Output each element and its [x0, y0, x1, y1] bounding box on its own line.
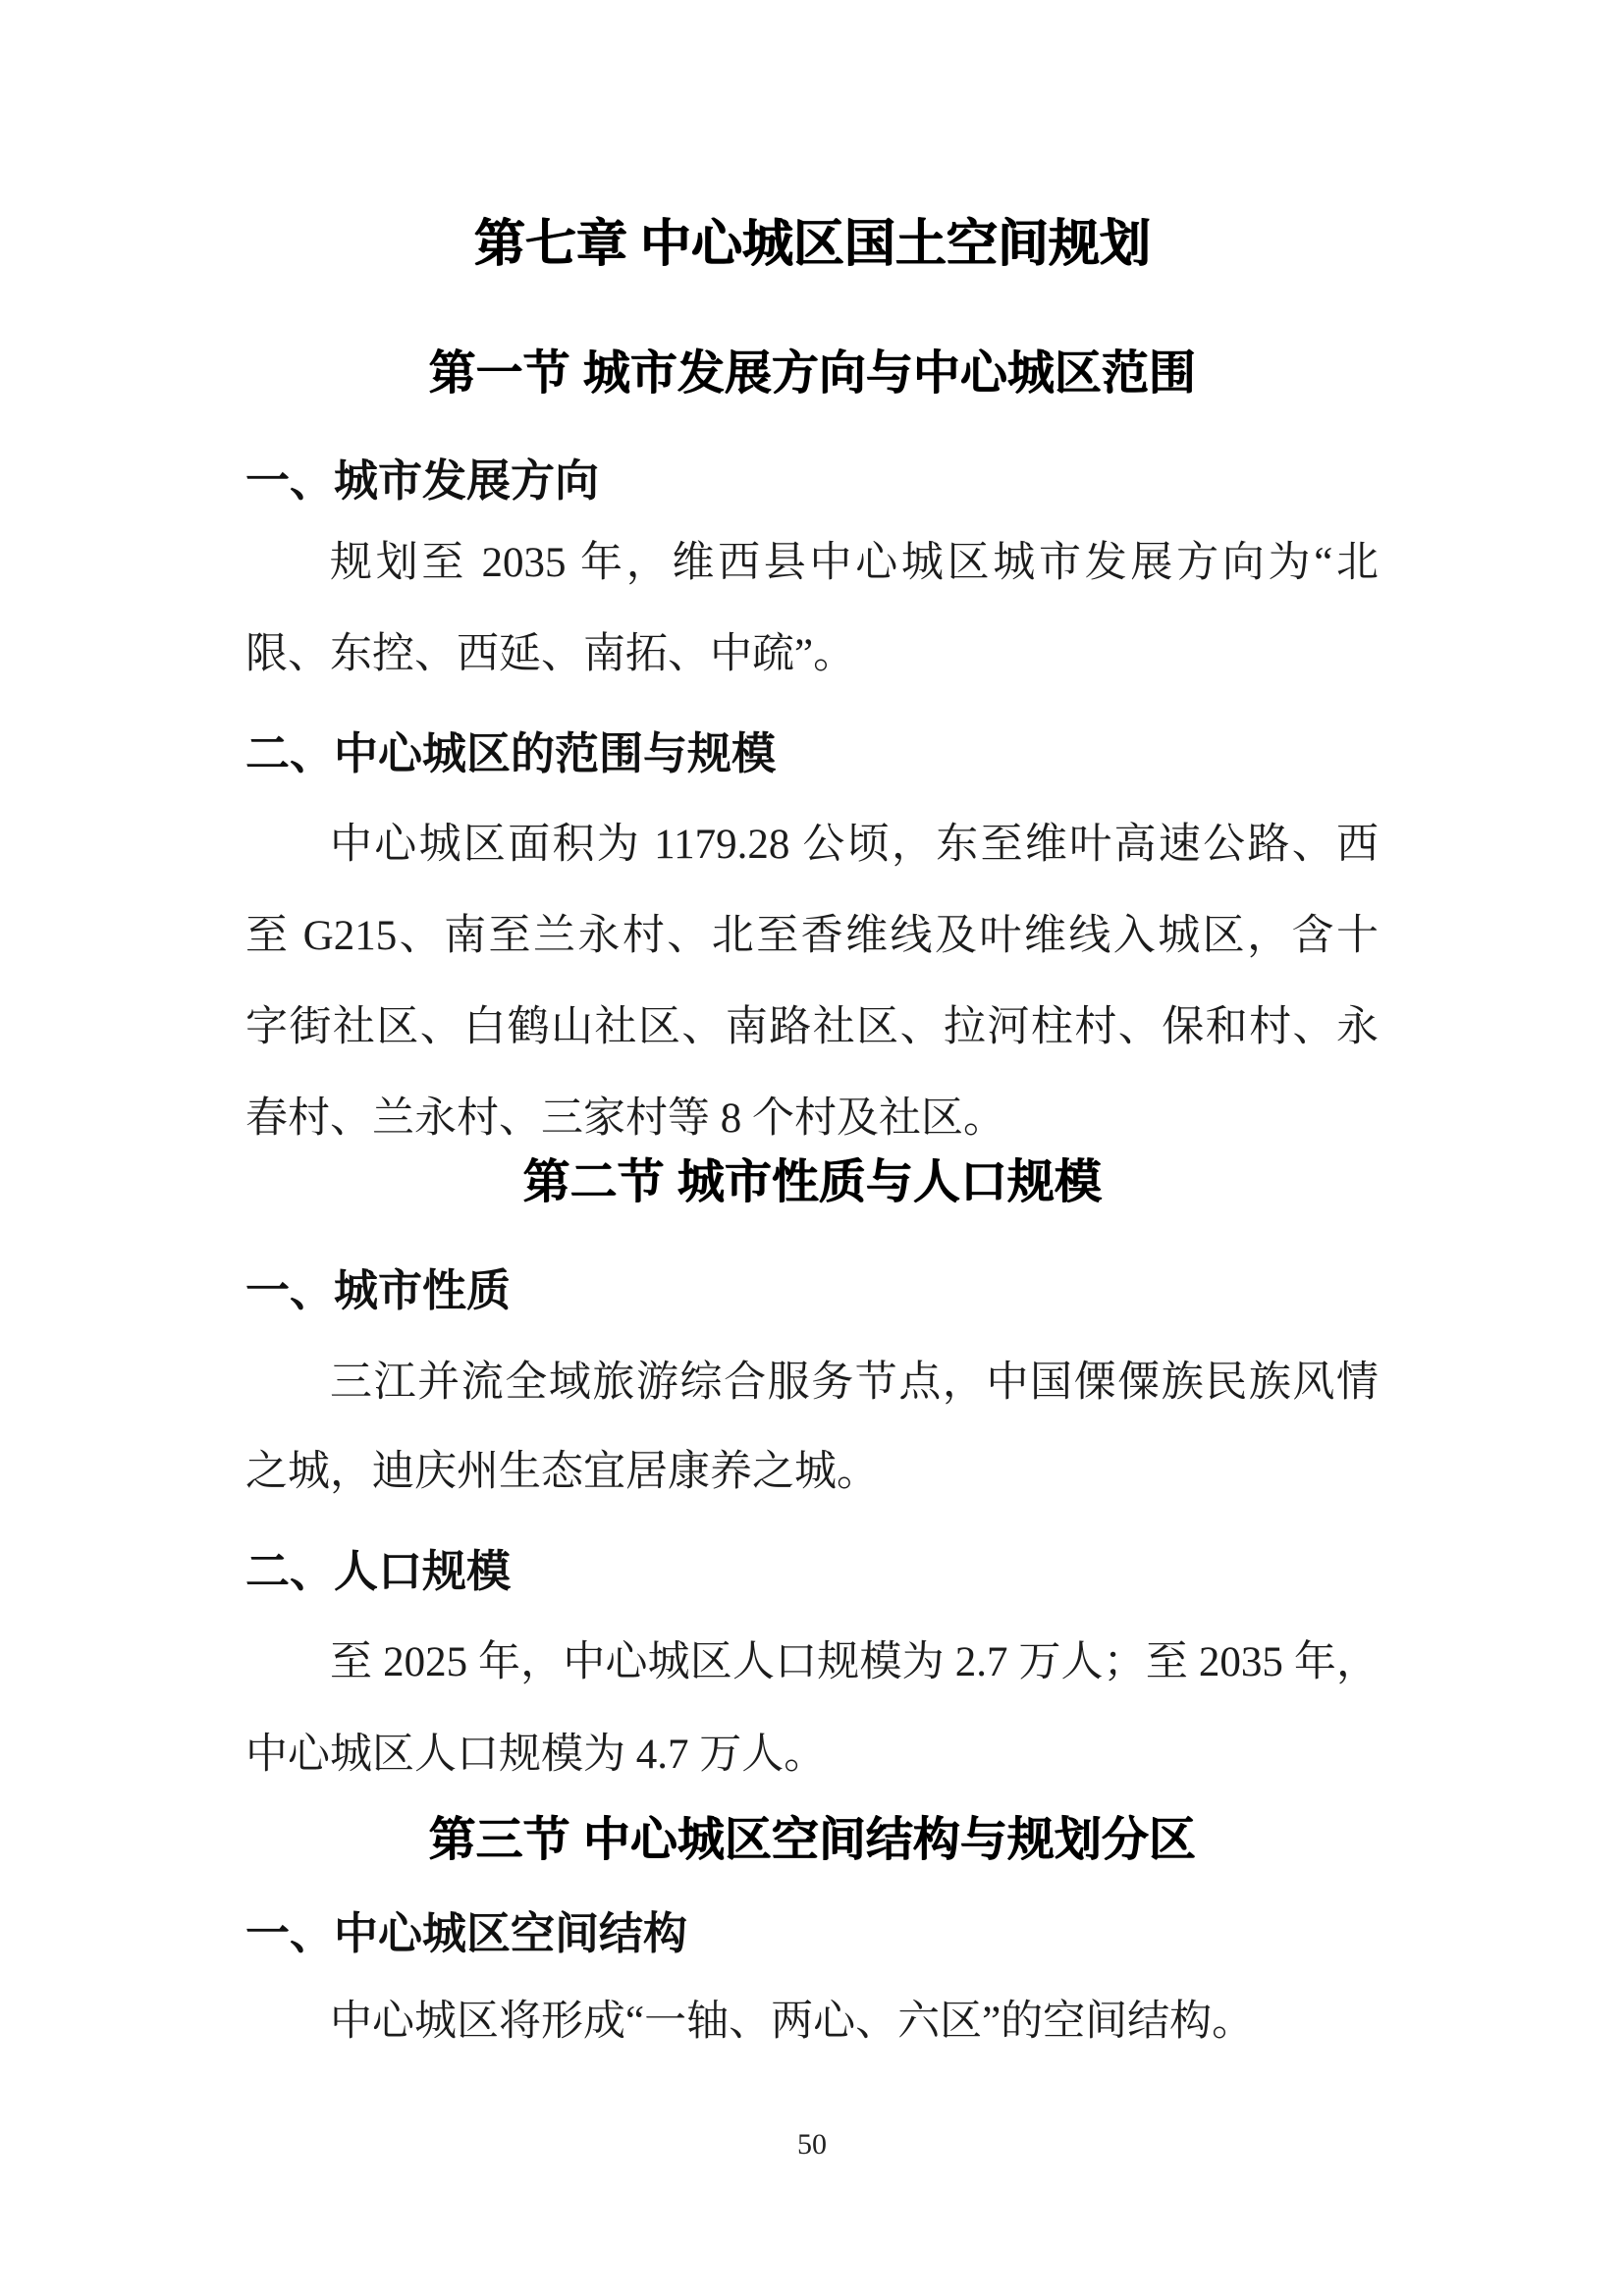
subheading-city-nature: 一、城市性质 [245, 1261, 511, 1320]
section-1-title: 第一节 城市发展方向与中心城区范围 [0, 343, 1624, 405]
subheading-city-development-direction: 一、城市发展方向 [245, 452, 599, 510]
paragraph-line: 字街社区、白鹤山社区、南路社区、拉河柱村、保和村、永 [245, 998, 1379, 1057]
paragraph-line: 至 G215、南至兰永村、北至香维线及叶维线入城区，含十 [245, 907, 1379, 966]
paragraph-line: 至 2025 年，中心城区人口规模为 2.7 万人；至 2035 年， [245, 1633, 1379, 1692]
subheading-spatial-structure: 一、中心城区空间结构 [245, 1904, 687, 1963]
paragraph-line: 春村、兰永村、三家村等 8 个村及社区。 [245, 1090, 1379, 1148]
paragraph-line: 三江并流全域旅游综合服务节点，中国傈僳族民族风情 [245, 1354, 1379, 1413]
paragraph-line: 中心城区面积为 1179.28 公顷，东至维叶高速公路、西 [245, 816, 1379, 875]
page-number: 50 [0, 2125, 1624, 2164]
subheading-population-scale: 二、人口规模 [245, 1542, 511, 1601]
section-2-title: 第二节 城市性质与人口规模 [0, 1151, 1624, 1214]
document-page: 第七章 中心城区国土空间规划 第一节 城市发展方向与中心城区范围 一、城市发展方… [0, 0, 1624, 2296]
paragraph-line: 规划至 2035 年，维西县中心城区城市发展方向为“北 [245, 534, 1379, 593]
paragraph-line: 中心城区人口规模为 4.7 万人。 [245, 1726, 1379, 1785]
chapter-title: 第七章 中心城区国土空间规划 [0, 210, 1624, 281]
subheading-central-district-scope: 二、中心城区的范围与规模 [245, 724, 776, 783]
paragraph-line: 中心城区将形成“一轴、两心、六区”的空间结构。 [245, 1993, 1379, 2052]
paragraph-line: 限、东控、西延、南拓、中疏”。 [245, 625, 1379, 684]
paragraph-line: 之城，迪庆州生态宜居康养之城。 [245, 1443, 1379, 1502]
section-3-title: 第三节 中心城区空间结构与规划分区 [0, 1809, 1624, 1872]
